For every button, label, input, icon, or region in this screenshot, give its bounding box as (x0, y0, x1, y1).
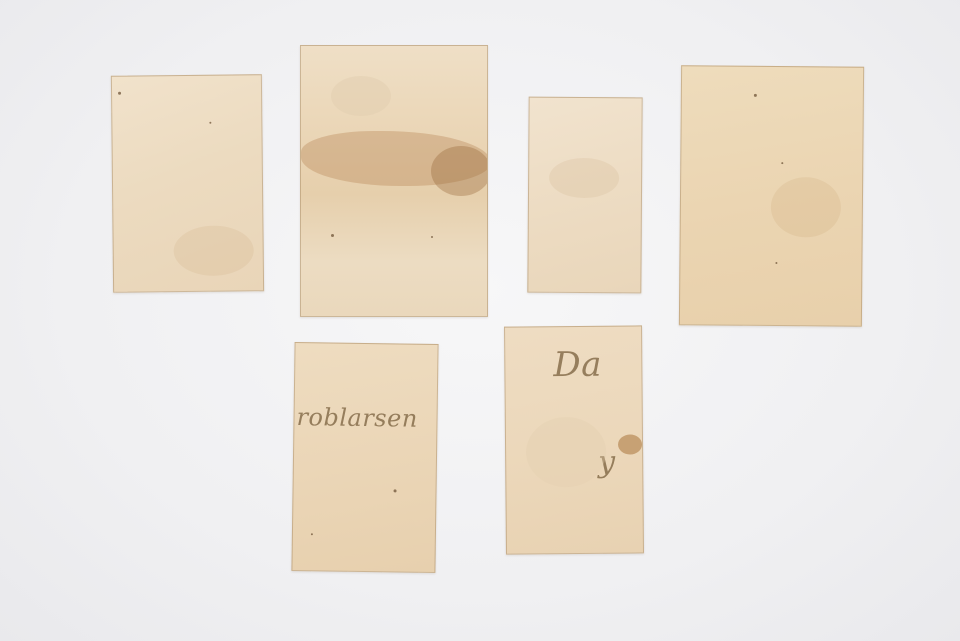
stain (771, 177, 842, 238)
paper-card-2 (300, 45, 488, 317)
handwritten-inscription-top: Da (553, 345, 602, 385)
handwritten-inscription: roblarsen (296, 403, 418, 433)
ink-speck (775, 262, 777, 264)
stain (173, 225, 254, 276)
ink-speck (431, 236, 433, 238)
paper-card-1 (111, 74, 264, 293)
photo-scene: roblarsen Da y (0, 0, 960, 641)
paper-card-4 (679, 65, 864, 327)
handwritten-inscription-mid: y (598, 445, 616, 480)
brown-stain (618, 434, 642, 454)
ink-speck (754, 94, 757, 97)
stain (526, 417, 607, 488)
water-stain (431, 146, 488, 196)
ink-speck (209, 122, 211, 124)
paper-card-5: roblarsen (291, 342, 438, 573)
water-stain (301, 131, 488, 186)
ink-speck (118, 92, 121, 95)
ink-speck (781, 162, 783, 164)
ink-speck (331, 234, 334, 237)
paper-card-3 (527, 97, 642, 294)
paper-card-6: Da y (504, 325, 644, 554)
water-stain (331, 76, 391, 116)
ink-speck (394, 489, 397, 492)
ink-speck (311, 533, 313, 535)
stain (549, 158, 619, 198)
